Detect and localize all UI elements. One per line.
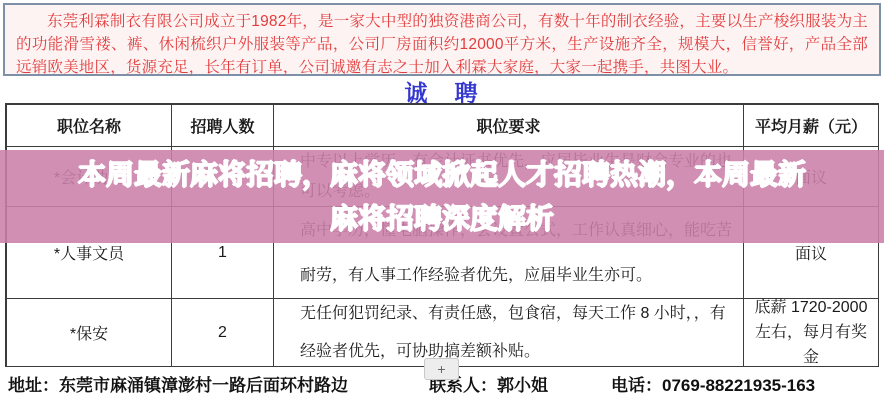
company-intro-box: 东莞利霖制衣有限公司成立于1982年，是一家大中型的独资港商公司，有数十年的制衣… bbox=[3, 3, 881, 76]
column-header-position: 职位名称 bbox=[7, 105, 172, 147]
phone-value: 0769-88221935-163 bbox=[662, 376, 815, 395]
requirements-cell: 无任何犯罚纪录、有责任感，包食宿，每天工作 8 小时，，有经验者优先，可协助搞差… bbox=[274, 299, 744, 367]
position-cell: *保安 bbox=[7, 299, 172, 367]
plus-button[interactable]: + bbox=[424, 358, 459, 380]
promo-headline-line1: 本周最新麻将招聘，麻将领域掀起人才招聘热潮，本周最新 bbox=[78, 153, 806, 197]
column-header-requirements: 职位要求 bbox=[274, 105, 744, 147]
phone-label: 电话： bbox=[611, 376, 662, 395]
headcount-cell: 2 bbox=[172, 299, 274, 367]
recruitment-poster: 东莞利霖制衣有限公司成立于1982年，是一家大中型的独资港商公司，有数十年的制衣… bbox=[0, 0, 884, 400]
address-value: 东莞市麻涌镇漳澎村一路后面环村路边 bbox=[59, 376, 348, 395]
promo-overlay-banner: 本周最新麻将招聘，麻将领域掀起人才招聘热潮，本周最新 麻将招聘深度解析 bbox=[0, 150, 884, 243]
column-header-salary: 平均月薪（元） bbox=[744, 105, 879, 147]
address-line: 地址：东莞市麻涌镇漳澎村一路后面环村路边 bbox=[8, 371, 348, 396]
phone-line: 电话：0769-88221935-163 bbox=[611, 371, 815, 396]
contact-value: 郭小姐 bbox=[497, 376, 548, 395]
promo-headline-line2: 麻将招聘深度解析 bbox=[330, 197, 554, 241]
salary-cell: 底薪 1720-2000 左右，每月有奖金 bbox=[744, 299, 879, 367]
company-intro-text: 东莞利霖制衣有限公司成立于1982年，是一家大中型的独资港商公司，有数十年的制衣… bbox=[16, 13, 868, 76]
address-label: 地址： bbox=[8, 376, 59, 395]
column-header-headcount: 招聘人数 bbox=[172, 105, 274, 147]
